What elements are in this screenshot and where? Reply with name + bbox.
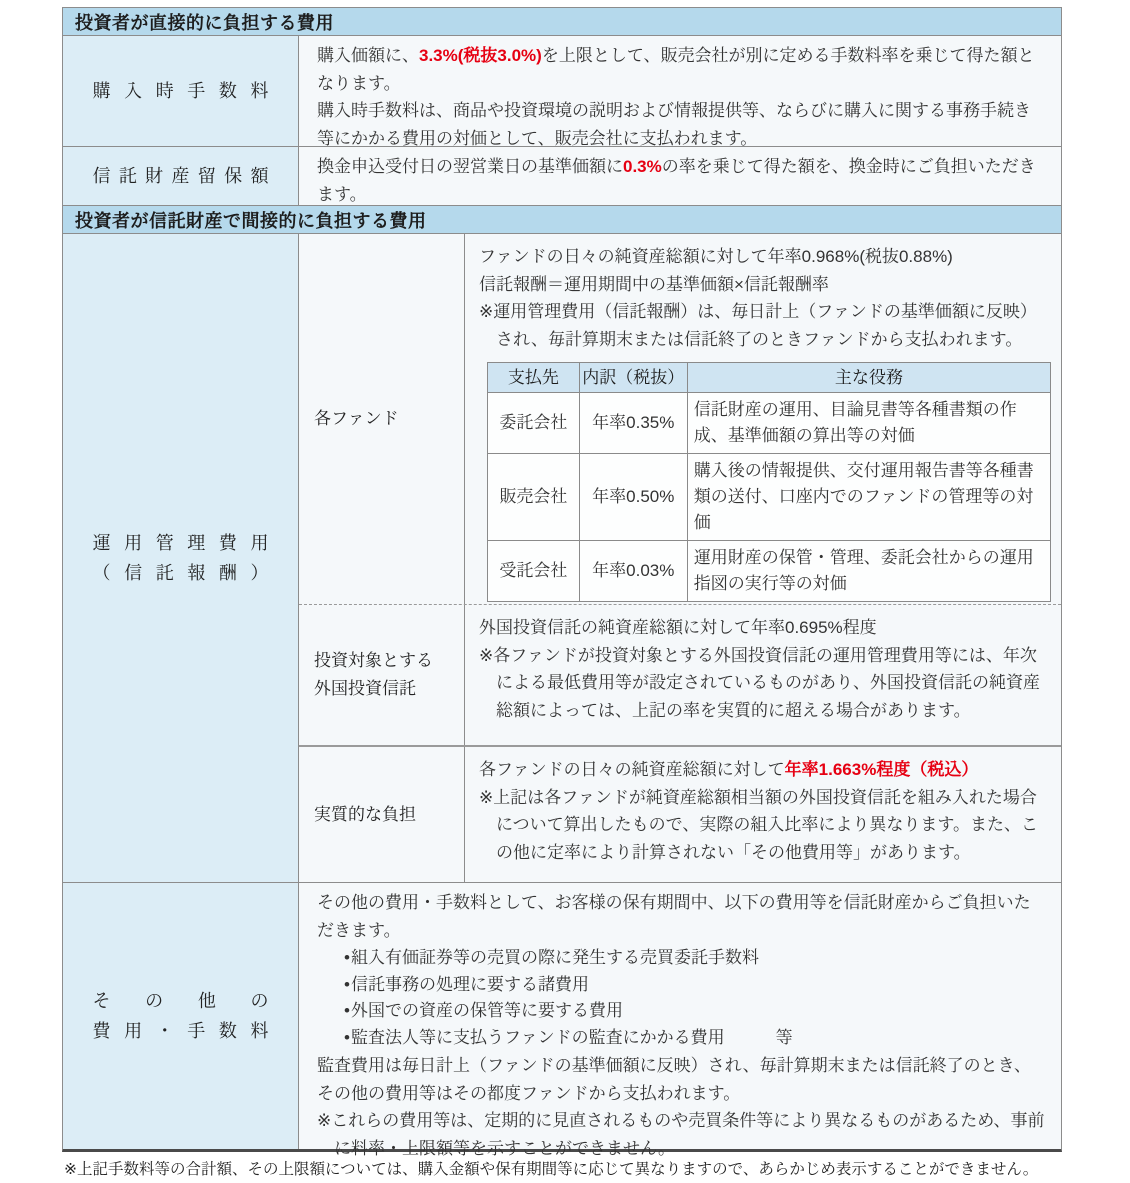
retention-content: 換金申込受付日の翌営業日の基準価額に0.3%の率を乗じて得た額を、換金時にご負担… <box>299 147 1061 205</box>
rate-trustor: 年率0.35% <box>579 393 687 454</box>
foreign-trust-content: 外国投資信託の純資産総額に対して年率0.695%程度 ※各ファンドが投資対象とす… <box>465 605 1061 745</box>
retention-text: 換金申込受付日の翌営業日の基準価額に <box>317 157 623 176</box>
bullet-text: 信託事務の処理に要する諸費用 <box>351 975 589 994</box>
purchase-fee-text: 購入価額に、 <box>317 46 419 65</box>
each-fund-label: 各ファンド <box>299 234 465 604</box>
fund-fee-document: 投資者が直接的に負担する費用 購入時手数料 購入価額に、3.3%(税抜3.0%)… <box>0 0 1130 1183</box>
each-fund-line1: ファンドの日々の純資産総額に対して年率0.968%(税抜0.88%) <box>479 243 1051 271</box>
rate-trustee: 年率0.03% <box>579 541 687 602</box>
bullet-text: 外国での資産の保管等に要する費用 <box>351 1001 623 1020</box>
bullet-text: 組入有価証券等の売買の際に発生する売買委託手数料 <box>351 948 759 967</box>
foreign-trust-label: 投資対象とする 外国投資信託 <box>299 605 465 745</box>
other-fees-intro: その他の費用・手数料として、お客様の保有期間中、以下の費用等を信託財産からご負担… <box>317 889 1047 944</box>
table-row: 委託会社 年率0.35% 信託財産の運用、目論見書等各種書類の作成、基準価額の算… <box>488 393 1051 454</box>
list-item: •外国での資産の保管等に要する費用 <box>344 998 1047 1025</box>
page-footnote: ※上記手数料等の合計額、その上限額については、購入金額や保有期間等に応じて異なり… <box>64 1159 1114 1181</box>
foreign-trust-note: ※各ファンドが投資対象とする外国投資信託の運用管理費用等には、年次による最低費用… <box>479 642 1051 725</box>
payee-distributor: 販売会社 <box>488 454 580 541</box>
effective-burden-note: ※上記は各ファンドが純資産総額相当額の外国投資信託を組み入れた場合について算出し… <box>479 784 1051 867</box>
bullet-icon: • <box>344 975 350 994</box>
other-fees-note: ※これらの費用等は、定期的に見直されるものや売買条件等により異なるものがあるため… <box>317 1107 1047 1162</box>
fee-breakdown-table: 支払先 内訳（税抜） 主な役務 委託会社 年率0.35% 信託財産の運用、目論見… <box>487 362 1051 602</box>
row-retention-amount: 信託財産留保額 換金申込受付日の翌営業日の基準価額に0.3%の率を乗じて得た額を… <box>63 146 1061 205</box>
fee-breakdown-header-row: 支払先 内訳（税抜） 主な役務 <box>488 363 1051 393</box>
subrow-effective-burden: 実質的な負担 各ファンドの日々の純資産総額に対して年率1.663%程度（税込） … <box>299 745 1061 882</box>
role-distributor: 購入後の情報提供、交付運用報告書等各種書類の送付、口座内でのファンドの管理等の対… <box>687 454 1050 541</box>
retention-paragraph: 換金申込受付日の翌営業日の基準価額に0.3%の率を乗じて得た額を、換金時にご負担… <box>317 153 1047 208</box>
section-header-indirect-costs: 投資者が信託財産で間接的に負担する費用 <box>63 205 1061 233</box>
table-row: 販売会社 年率0.50% 購入後の情報提供、交付運用報告書等各種書類の送付、口座… <box>488 454 1051 541</box>
management-fee-subrows: 各ファンド ファンドの日々の純資産総額に対して年率0.968%(税抜0.88%)… <box>299 234 1061 882</box>
retention-rate-highlight: 0.3% <box>623 157 662 176</box>
purchase-fee-label-cell: 購入時手数料 <box>63 36 299 146</box>
each-fund-note: ※運用管理費用（信託報酬）は、毎日計上（ファンドの基準価額に反映）され、毎計算期… <box>479 298 1051 353</box>
payee-trustor: 委託会社 <box>488 393 580 454</box>
other-fees-label: その他の 費用・手数料 <box>93 986 269 1046</box>
payee-trustee: 受託会社 <box>488 541 580 602</box>
role-trustor: 信託財産の運用、目論見書等各種書類の作成、基準価額の算出等の対価 <box>687 393 1050 454</box>
purchase-fee-label: 購入時手数料 <box>93 76 269 106</box>
effective-burden-text: 各ファンドの日々の純資産総額に対して <box>479 760 785 779</box>
subrow-foreign-trust: 投資対象とする 外国投資信託 外国投資信託の純資産総額に対して年率0.695%程… <box>299 604 1061 745</box>
list-item: •監査法人等に支払うファンドの監査にかかる費用 等 <box>344 1025 1047 1052</box>
each-fund-content: ファンドの日々の純資産総額に対して年率0.968%(税抜0.88%) 信託報酬＝… <box>465 234 1061 604</box>
subrow-each-fund: 各ファンド ファンドの日々の純資産総額に対して年率0.968%(税抜0.88%)… <box>299 234 1061 604</box>
bullet-icon: • <box>344 1001 350 1020</box>
purchase-fee-paragraph-1: 購入価額に、3.3%(税抜3.0%)を上限として、販売会社が別に定める手数料率を… <box>317 42 1047 97</box>
row-other-fees: その他の 費用・手数料 その他の費用・手数料として、お客様の保有期間中、以下の費… <box>63 882 1061 1149</box>
effective-burden-content: 各ファンドの日々の純資産総額に対して年率1.663%程度（税込） ※上記は各ファ… <box>465 747 1061 882</box>
management-fee-label-cell: 運用管理費用 （信託報酬） <box>63 234 299 882</box>
section-header-direct-costs: 投資者が直接的に負担する費用 <box>63 8 1061 35</box>
bullet-text: 監査法人等に支払うファンドの監査にかかる費用 等 <box>351 1028 793 1047</box>
header-role: 主な役務 <box>687 363 1050 393</box>
header-payee: 支払先 <box>488 363 580 393</box>
effective-rate-highlight: 年率1.663%程度（税込） <box>785 760 979 779</box>
effective-burden-line1: 各ファンドの日々の純資産総額に対して年率1.663%程度（税込） <box>479 756 1051 784</box>
role-trustee: 運用財産の保管・管理、委託会社からの運用指図の実行等の対価 <box>687 541 1050 602</box>
retention-label: 信託財産留保額 <box>93 161 269 191</box>
foreign-trust-line1: 外国投資信託の純資産総額に対して年率0.695%程度 <box>479 614 1051 642</box>
bullet-icon: • <box>344 948 350 967</box>
other-fees-bullet-list: •組入有価証券等の売買の際に発生する売買委託手数料 •信託事務の処理に要する諸費… <box>344 945 1047 1051</box>
retention-label-cell: 信託財産留保額 <box>63 147 299 205</box>
table-row: 受託会社 年率0.03% 運用財産の保管・管理、委託会社からの運用指図の実行等の… <box>488 541 1051 602</box>
row-management-fee: 運用管理費用 （信託報酬） 各ファンド ファンドの日々の純資産総額に対して年率0… <box>63 233 1061 882</box>
list-item: •信託事務の処理に要する諸費用 <box>344 972 1047 999</box>
list-item: •組入有価証券等の売買の際に発生する売買委託手数料 <box>344 945 1047 972</box>
purchase-fee-paragraph-2: 購入時手数料は、商品や投資環境の説明および情報提供等、ならびに購入に関する事務手… <box>317 97 1047 152</box>
other-fees-audit-paragraph: 監査費用は毎日計上（ファンドの基準価額に反映）され、毎計算期末または信託終了のと… <box>317 1052 1047 1107</box>
row-purchase-fee: 購入時手数料 購入価額に、3.3%(税抜3.0%)を上限として、販売会社が別に定… <box>63 35 1061 146</box>
purchase-fee-content: 購入価額に、3.3%(税抜3.0%)を上限として、販売会社が別に定める手数料率を… <box>299 36 1061 146</box>
other-fees-label-cell: その他の 費用・手数料 <box>63 883 299 1149</box>
rate-distributor: 年率0.50% <box>579 454 687 541</box>
fee-table: 投資者が直接的に負担する費用 購入時手数料 購入価額に、3.3%(税抜3.0%)… <box>62 7 1062 1152</box>
management-fee-label: 運用管理費用 （信託報酬） <box>93 528 269 588</box>
header-rate: 内訳（税抜） <box>579 363 687 393</box>
effective-burden-label: 実質的な負担 <box>299 747 465 882</box>
purchase-fee-rate-highlight: 3.3%(税抜3.0%) <box>419 46 542 65</box>
other-fees-content: その他の費用・手数料として、お客様の保有期間中、以下の費用等を信託財産からご負担… <box>299 883 1061 1149</box>
bullet-icon: • <box>344 1028 350 1047</box>
each-fund-line2: 信託報酬＝運用期間中の基準価額×信託報酬率 <box>479 271 1051 299</box>
